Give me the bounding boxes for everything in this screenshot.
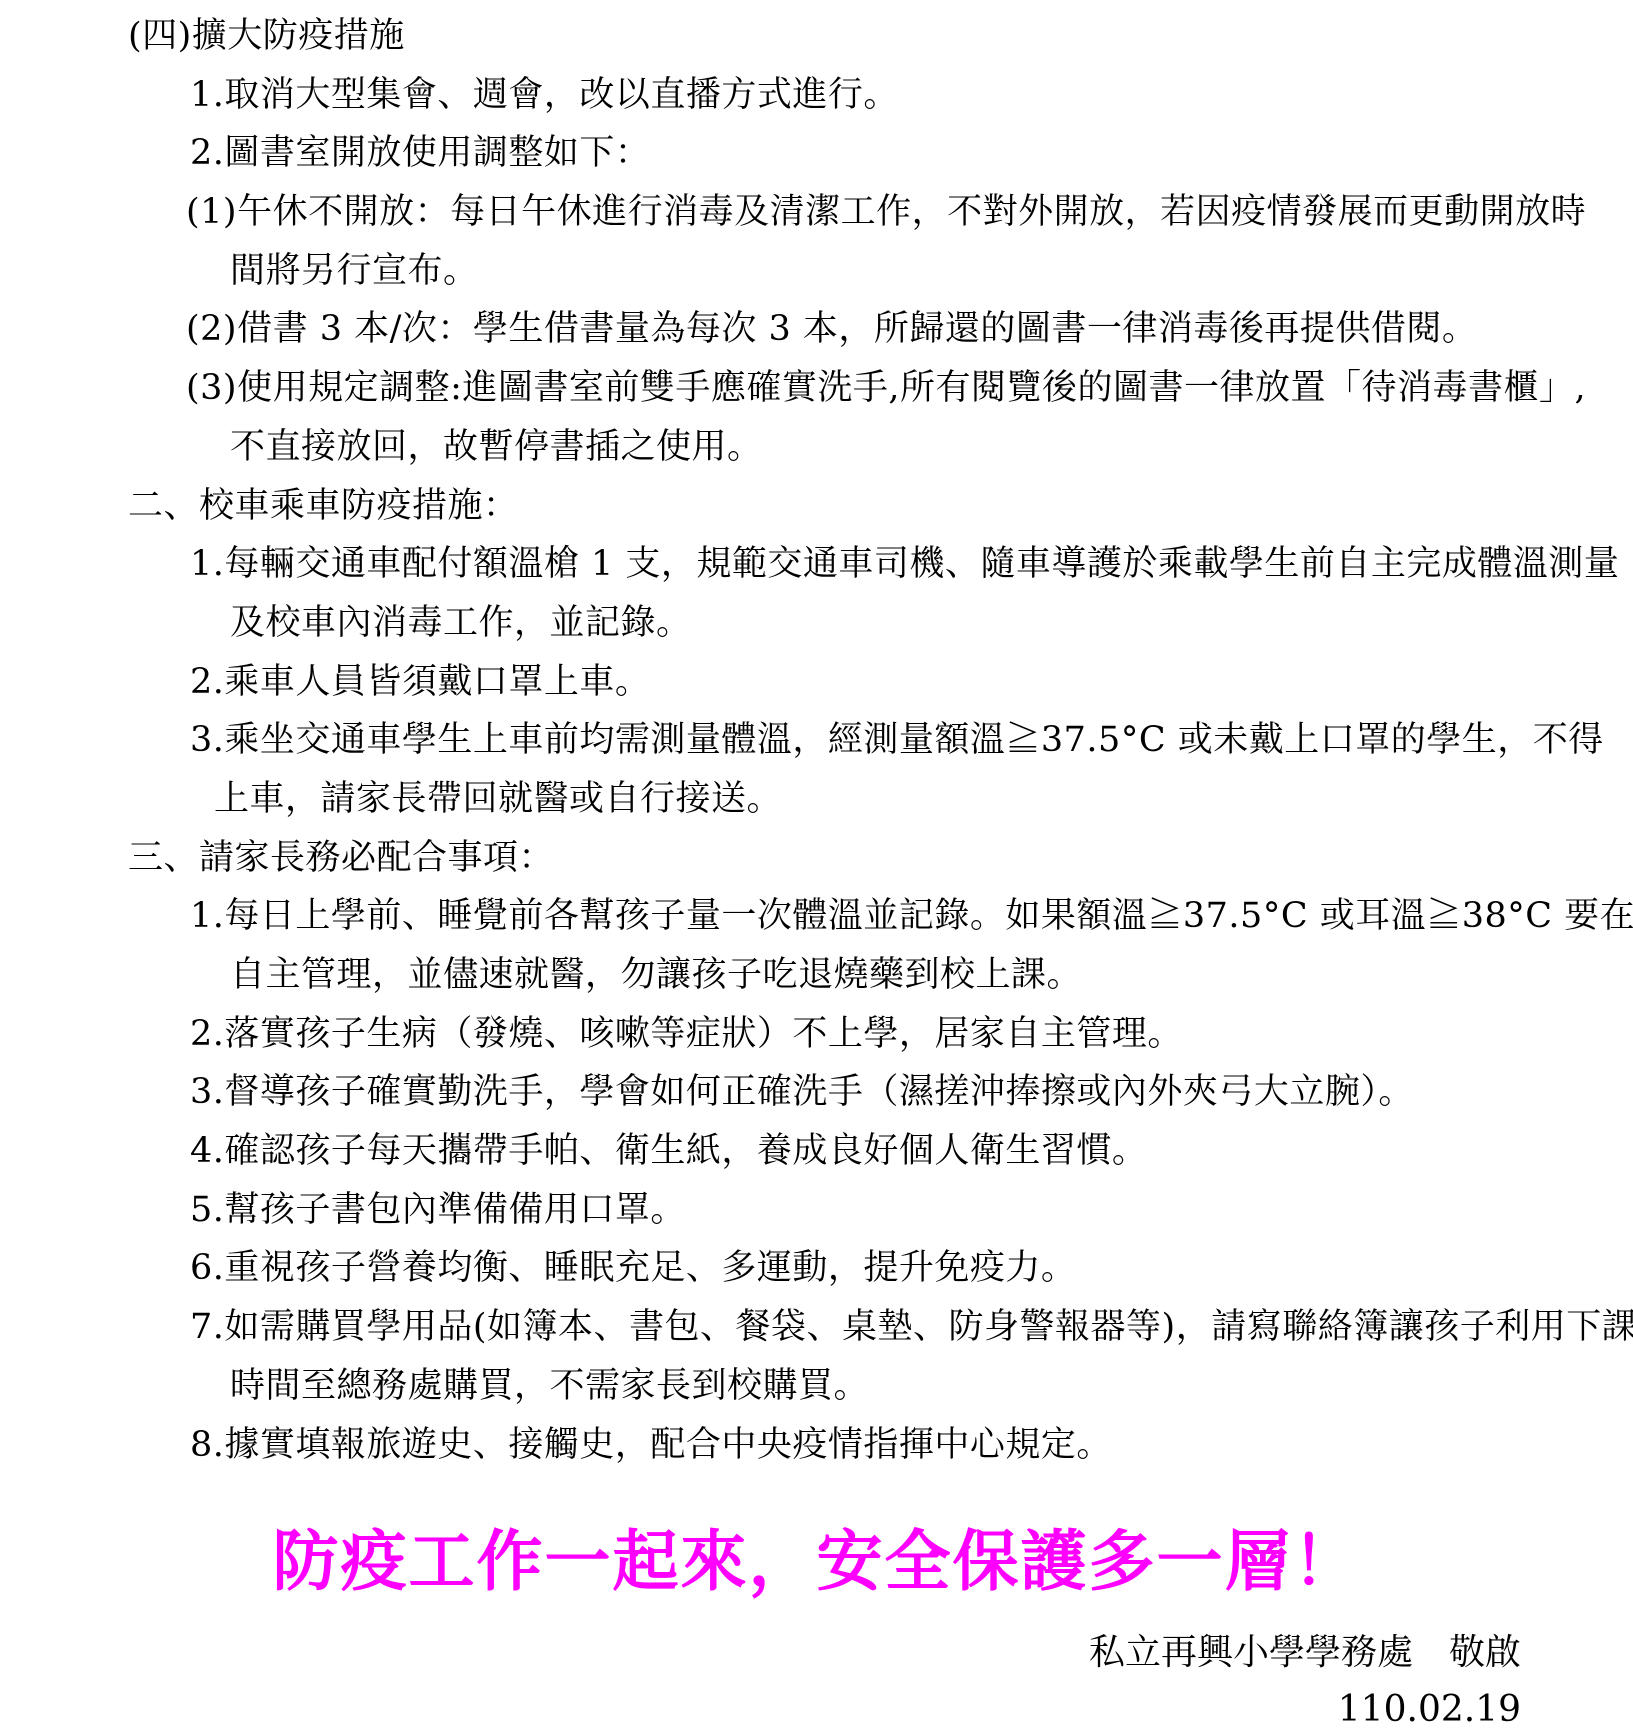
date: 110.02.19 (0, 1681, 1521, 1734)
list-item: 8.據實填報旅遊史、接觸史，配合中央疫情指揮中心規定。 (0, 1416, 1633, 1475)
list-item: 4.確認孩子每天攜帶手帕、衛生紙，養成良好個人衛生習慣。 (0, 1122, 1633, 1181)
continuation-line: 間將另行宣布。 (0, 242, 1633, 301)
sub-list-item: (3)使用規定調整:進圖書室前雙手應確實洗手,所有閱覽後的圖書一律放置「待消毒書… (0, 359, 1633, 418)
continuation-line: 不直接放回，故暫停書插之使用。 (0, 418, 1633, 477)
list-item: 3.乘坐交通車學生上車前均需測量體溫，經測量額溫≧37.5°C 或未戴上口罩的學… (0, 711, 1633, 770)
continuation-line: 自主管理，並儘速就醫，勿讓孩子吃退燒藥到校上課。 (0, 946, 1633, 1005)
list-item: 2.落實孩子生病（發燒、咳嗽等症狀）不上學，居家自主管理。 (0, 1005, 1633, 1064)
document-footer: 私立再興小學學務處 敬啟 110.02.19 (0, 1624, 1633, 1734)
continuation-line: 及校車內消毒工作，並記錄。 (0, 594, 1633, 653)
list-item: 2.乘車人員皆須戴口罩上車。 (0, 653, 1633, 712)
section-header: 三、請家長務必配合事項： (0, 829, 1633, 888)
signoff: 私立再興小學學務處 敬啟 (0, 1624, 1521, 1681)
continuation-line: 時間至總務處購買，不需家長到校購買。 (0, 1357, 1633, 1416)
list-item: 6.重視孩子營養均衡、睡眠充足、多運動，提升免疫力。 (0, 1239, 1633, 1298)
list-item: 2.圖書室開放使用調整如下： (0, 124, 1633, 183)
document-body: (四)擴大防疫措施 1.取消大型集會、週會，改以直播方式進行。 2.圖書室開放使… (0, 7, 1633, 1474)
list-item: 1.每輛交通車配付額溫槍 1 支，規範交通車司機、隨車導護於乘載學生前自主完成體… (0, 535, 1633, 594)
list-item: 3.督導孩子確實勤洗手，學會如何正確洗手（濕搓沖捧擦或內外夾弓大立腕）。 (0, 1063, 1633, 1122)
headline-slogan: 防疫工作一起來，安全保護多一層！ (0, 1526, 1633, 1598)
sub-list-item: (1)午休不開放：每日午休進行消毒及清潔工作，不對外開放，若因疫情發展而更動開放… (0, 183, 1633, 242)
document-page: (四)擴大防疫措施 1.取消大型集會、週會，改以直播方式進行。 2.圖書室開放使… (0, 0, 1633, 1734)
list-item: 1.每日上學前、睡覺前各幫孩子量一次體溫並記錄。如果額溫≧37.5°C 或耳溫≧… (0, 887, 1633, 946)
list-item: 7.如需購買學用品(如簿本、書包、餐袋、桌墊、防身警報器等)，請寫聯絡簿讓孩子利… (0, 1298, 1633, 1357)
list-item: 5.幫孩子書包內準備備用口罩。 (0, 1181, 1633, 1240)
section-header: (四)擴大防疫措施 (0, 7, 1633, 66)
section-header: 二、校車乘車防疫措施： (0, 477, 1633, 536)
list-item: 1.取消大型集會、週會，改以直播方式進行。 (0, 66, 1633, 125)
continuation-line: 上車，請家長帶回就醫或自行接送。 (0, 770, 1633, 829)
sub-list-item: (2)借書 3 本/次：學生借書量為每次 3 本，所歸還的圖書一律消毒後再提供借… (0, 300, 1633, 359)
